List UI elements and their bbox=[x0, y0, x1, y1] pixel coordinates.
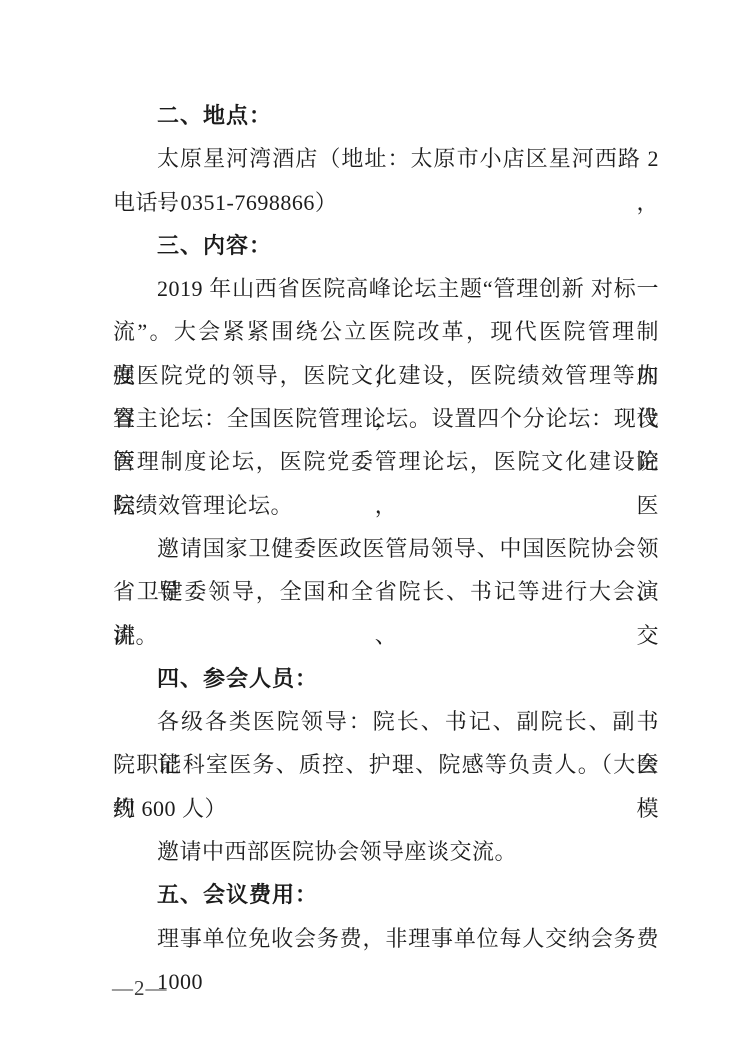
text-line: 2019 年山西省医院高峰论坛主题“管理创新 对标一 bbox=[113, 267, 659, 310]
heading-fees: 五、会议费用： bbox=[113, 873, 659, 916]
text-line: 院职能科室医务、质控、护理、院感等负责人。（大会规模 bbox=[113, 743, 659, 786]
text-line: 理事单位免收会务费，非理事单位每人交纳会务费 1000 bbox=[113, 917, 659, 960]
document-body: 二、地点： 太原星河湾酒店（地址：太原市小店区星河西路 2 号， 电话：0351… bbox=[113, 94, 659, 960]
text-line: 太原星河湾酒店（地址：太原市小店区星河西路 2 号， bbox=[113, 137, 659, 180]
text-line: 邀请国家卫健委医政医管局领导、中国医院协会领导、 bbox=[113, 527, 659, 570]
text-line: 各级各类医院领导：院长、书记、副院长、副书记、医 bbox=[113, 700, 659, 743]
text-line: 强医院党的领导，医院文化建设，医院绩效管理等内容，设 bbox=[113, 354, 659, 397]
heading-attendees: 四、参会人员： bbox=[113, 657, 659, 700]
heading-location: 二、地点： bbox=[113, 94, 659, 137]
page-number: —2— bbox=[112, 974, 168, 1002]
text-line: 置主论坛：全国医院管理论坛。设置四个分论坛：现代医院 bbox=[113, 397, 659, 440]
text-line: 流”。大会紧紧围绕公立医院改革，现代医院管理制度，加 bbox=[113, 310, 659, 353]
document-page: 二、地点： 太原星河湾酒店（地址：太原市小店区星河西路 2 号， 电话：0351… bbox=[0, 0, 750, 1061]
text-line: 省卫健委领导，全国和全省院长、书记等进行大会演讲、交 bbox=[113, 570, 659, 613]
heading-content: 三、内容： bbox=[113, 224, 659, 267]
text-line: 邀请中西部医院协会领导座谈交流。 bbox=[113, 830, 659, 873]
text-line: 管理制度论坛，医院党委管理论坛，医院文化建设论坛，医 bbox=[113, 440, 659, 483]
